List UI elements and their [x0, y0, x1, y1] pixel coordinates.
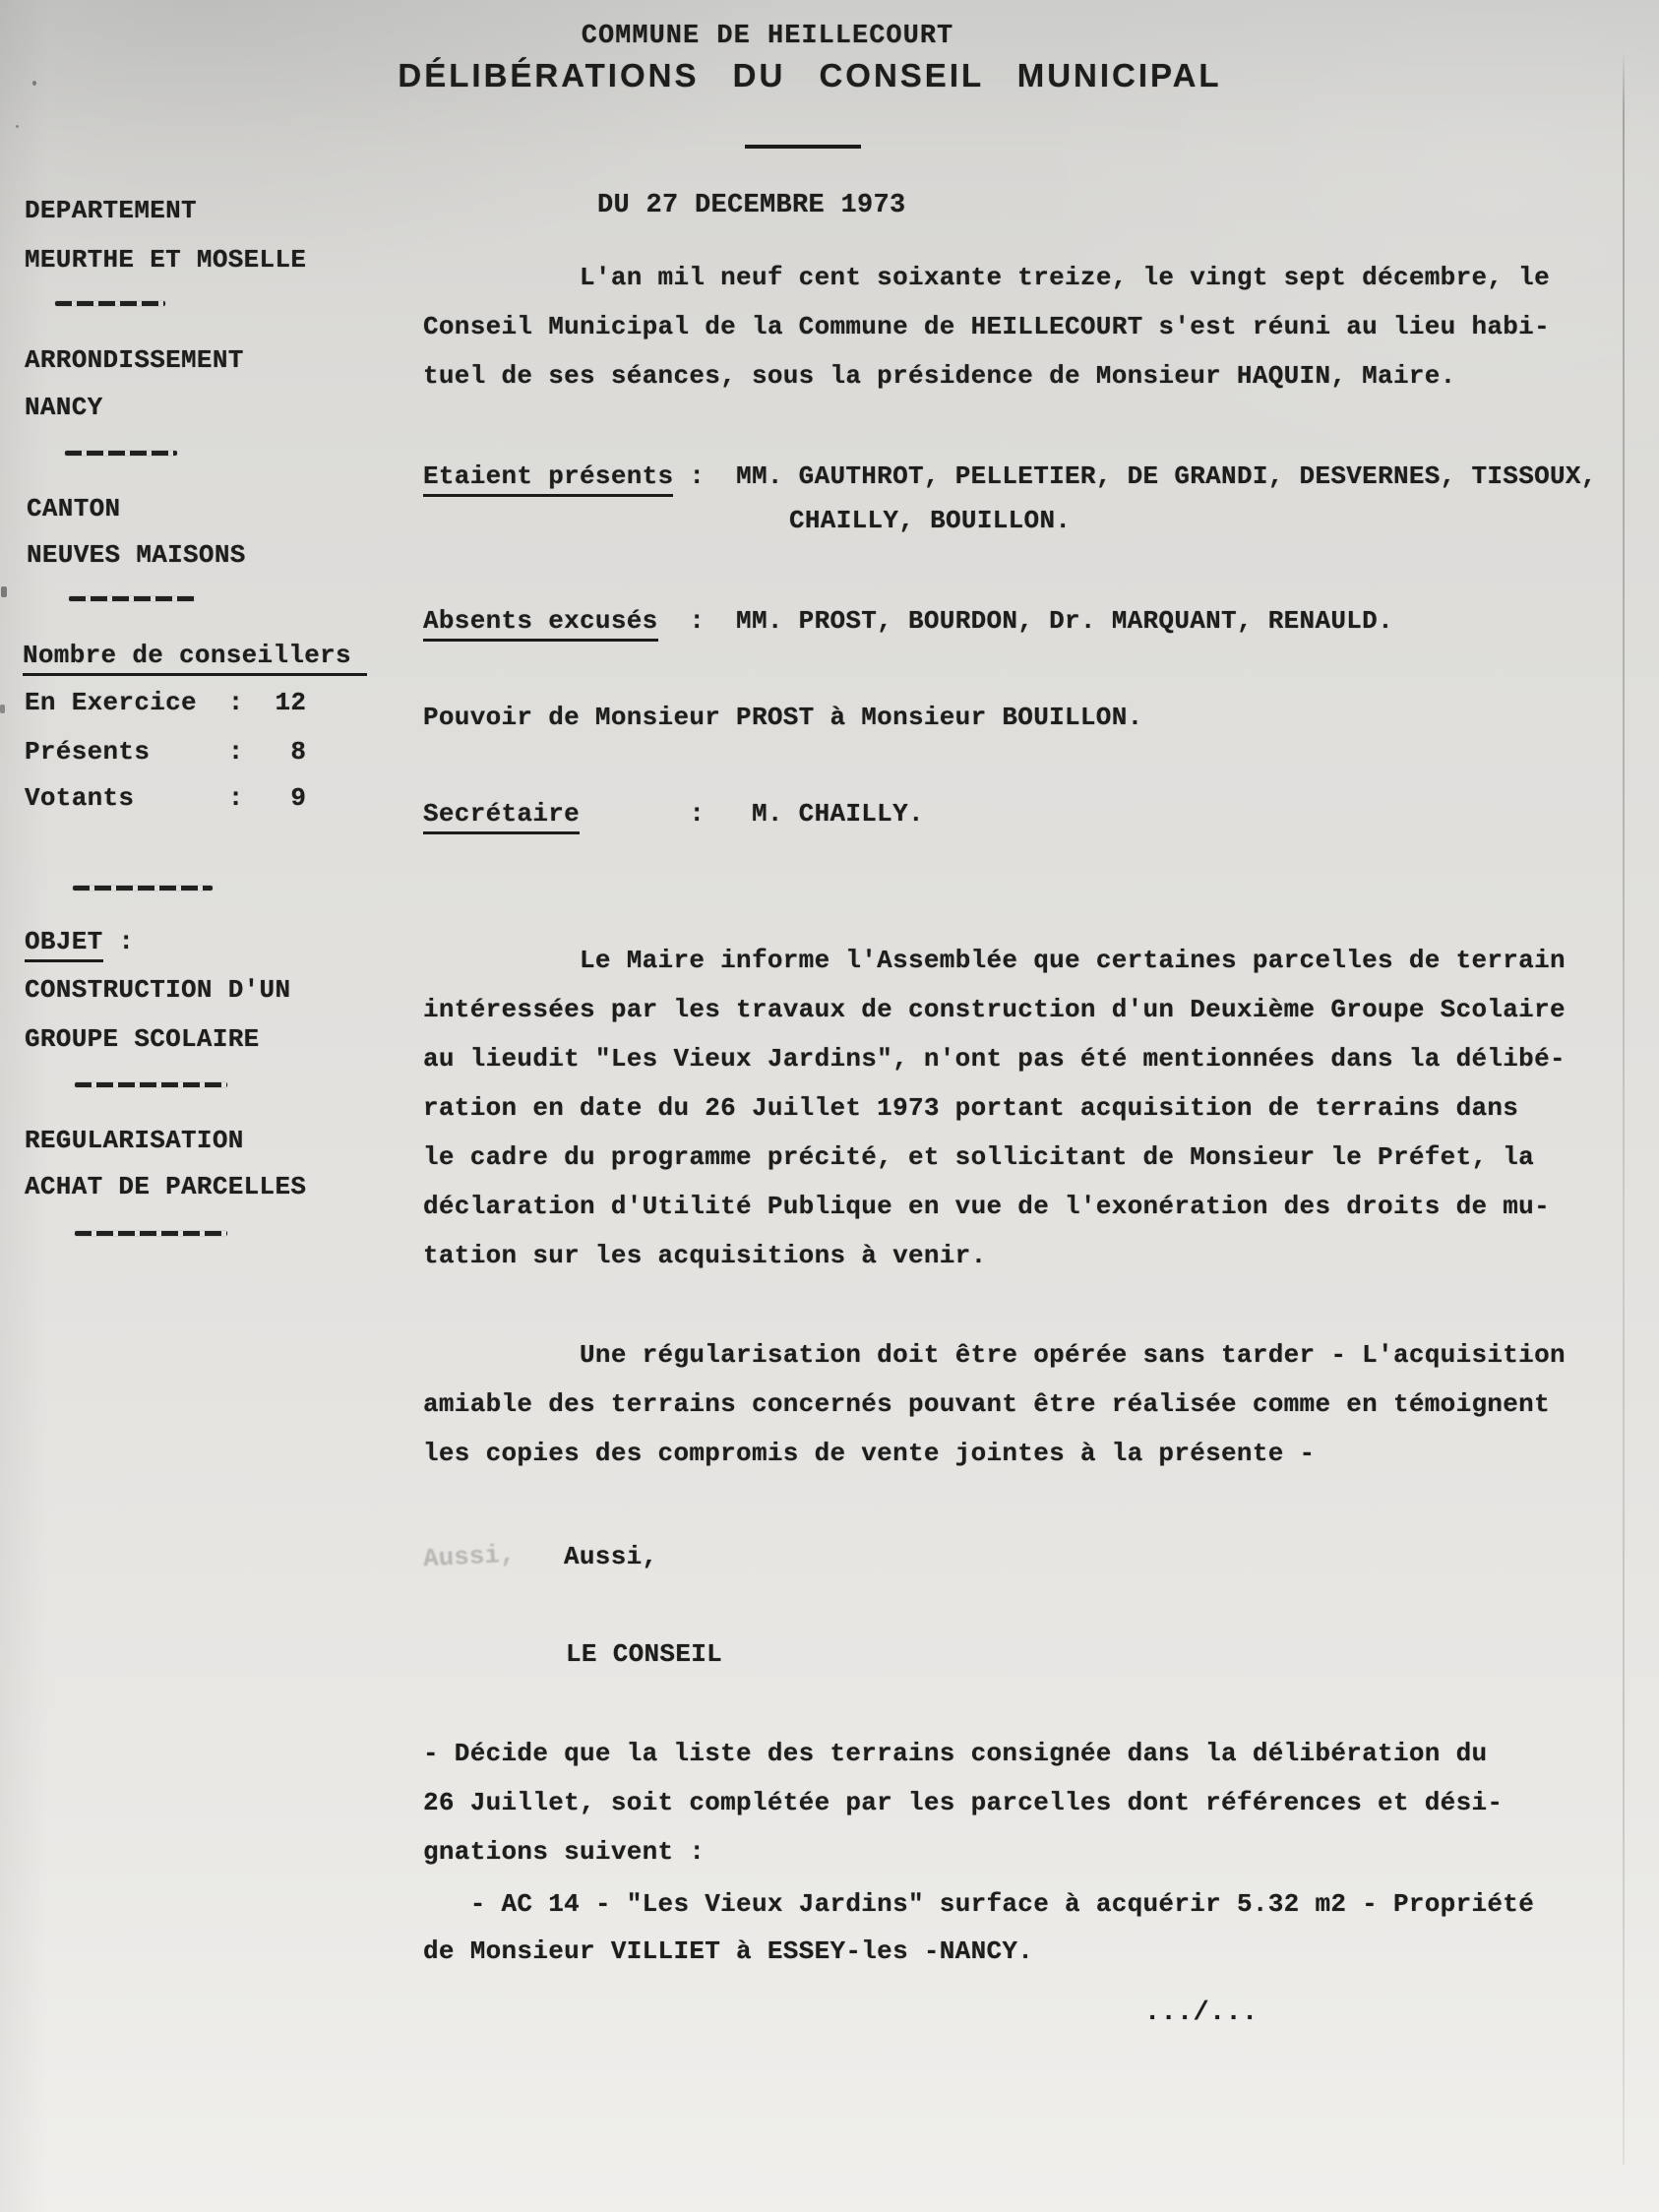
objet-line-regularisation: REGULARISATION [25, 1116, 244, 1165]
paper-fold-line [1623, 49, 1625, 2165]
counselor-row: Présents : 8 [25, 727, 306, 776]
ghost-text: Aussi, [422, 1530, 517, 1584]
divider-dash [65, 451, 177, 456]
presents-names: : MM. GAUTHROT, PELLETIER, DE GRANDI, DE… [673, 461, 1596, 491]
divider-dash [69, 596, 195, 601]
commune-title: COMMUNE DE HEILLECOURT [0, 22, 1535, 51]
arrondissement-name: NANCY [25, 383, 103, 432]
arrondissement-label: ARRONDISSEMENT [25, 336, 244, 385]
divider-dash [75, 1082, 227, 1087]
opening-paragraph: L'an mil neuf cent soixante treize, le v… [423, 253, 1584, 400]
maire-paragraph: Le Maire informe l'Assemblée que certain… [423, 936, 1594, 1280]
counselors-heading: Nombre de conseillers [23, 631, 367, 680]
deliberations-title: DÉLIBÉRATIONS DU CONSEIL MUNICIPAL [0, 57, 1620, 94]
counselors-heading-text: Nombre de conseillers [23, 641, 367, 676]
divider-dash [55, 301, 165, 306]
pouvoir-line: Pouvoir de Monsieur PROST à Monsieur BOU… [423, 693, 1143, 742]
presents-line: Etaient présents : MM. GAUTHROT, PELLETI… [423, 452, 1597, 501]
scanned-document-page: COMMUNE DE HEILLECOURT DÉLIBÉRATIONS DU … [0, 0, 1659, 2212]
departement-label: DEPARTEMENT [25, 186, 197, 235]
objet-label: OBJET : [25, 917, 134, 966]
header-rule [745, 145, 861, 149]
objet-colon: : [103, 927, 135, 956]
session-date: DU 27 DECEMBRE 1973 [597, 181, 906, 230]
counselor-row: En Exercice : 12 [25, 678, 306, 727]
paper-speck [0, 705, 5, 713]
paper-speck [16, 125, 19, 128]
le-conseil-heading: LE CONSEIL [566, 1629, 722, 1679]
objet-line-achat: ACHAT DE PARCELLES [25, 1162, 306, 1211]
paper-speck [32, 81, 36, 86]
canton-label: CANTON [27, 484, 120, 533]
counselor-row: Votants : 9 [25, 773, 306, 823]
secretaire-label: Secrétaire [423, 799, 580, 834]
regularisation-paragraph: Une régularisation doit être opérée sans… [423, 1330, 1594, 1478]
absents-line: Absents excusés : MM. PROST, BOURDON, Dr… [423, 596, 1393, 645]
departement-name: MEURTHE ET MOSELLE [25, 235, 306, 284]
divider-dash [73, 886, 213, 891]
presents-label: Etaient présents [423, 461, 673, 497]
decide-paragraph: - Décide que la liste des terrains consi… [423, 1729, 1594, 1876]
absents-names: : MM. PROST, BOURDON, Dr. MARQUANT, RENA… [658, 606, 1393, 636]
parcelle-paragraph: - AC 14 - "Les Vieux Jardins" surface à … [423, 1880, 1594, 1975]
divider-dash [75, 1231, 227, 1236]
objet-line-construction: CONSTRUCTION D'UN [25, 965, 290, 1014]
secretaire-value: : M. CHAILLY. [580, 799, 924, 829]
paper-speck [1, 586, 7, 597]
objet-line-groupe: GROUPE SCOLAIRE [25, 1014, 260, 1064]
continuation-mark: .../... [1144, 1989, 1259, 2038]
objet-label-text: OBJET [25, 927, 103, 962]
presents-names-line2: CHAILLY, BOUILLON. [789, 496, 1071, 545]
absents-label: Absents excusés [423, 606, 658, 642]
canton-name: NEUVES MAISONS [27, 530, 246, 580]
aussi-line: Aussi, [564, 1532, 657, 1581]
secretaire-line: Secrétaire : M. CHAILLY. [423, 789, 924, 838]
